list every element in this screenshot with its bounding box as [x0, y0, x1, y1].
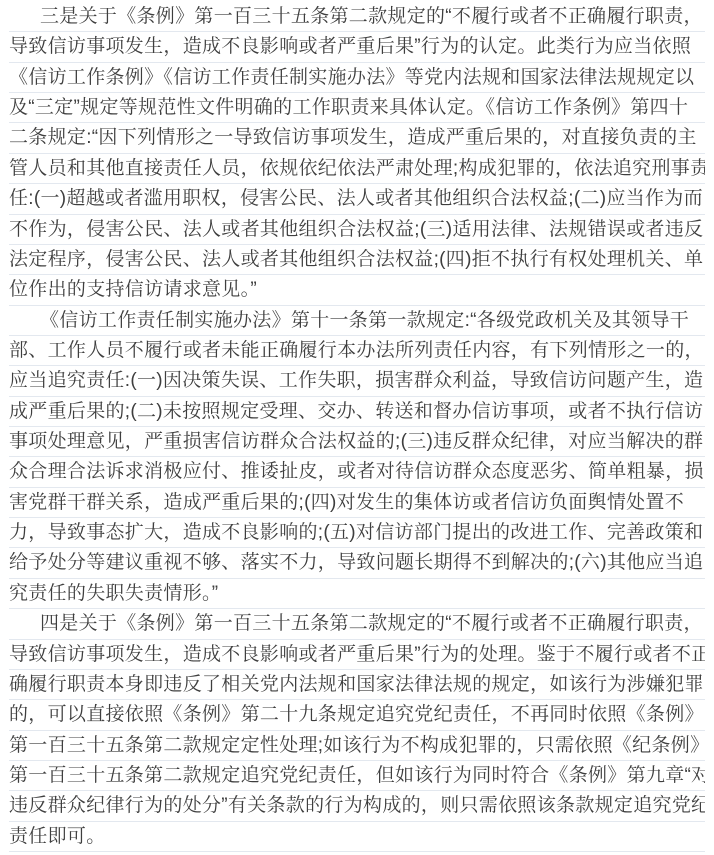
text-line: 及“三定”规定等规范性文件明确的工作职责来具体认定。《信访工作条例》第四十: [9, 93, 705, 123]
paragraph: 三是关于《条例》第一百三十五条第二款规定的“不履行或者不正确履行职责，导致信访事…: [9, 2, 705, 306]
text-line: 导致信访事项发生，造成不良影响或者严重后果”行为的认定。此类行为应当依照: [9, 32, 705, 62]
text-line: 部、工作人员不履行或者未能正确履行本办法所列责任内容，有下列情形之一的，: [9, 336, 705, 366]
text-line: 三是关于《条例》第一百三十五条第二款规定的“不履行或者不正确履行职责，: [9, 2, 705, 32]
document-body: 三是关于《条例》第一百三十五条第二款规定的“不履行或者不正确履行职责，导致信访事…: [9, 2, 705, 852]
document-page: 三是关于《条例》第一百三十五条第二款规定的“不履行或者不正确履行职责，导致信访事…: [0, 0, 714, 855]
paragraph: 四是关于《条例》第一百三十五条第二款规定的“不履行或者不正确履行职责，导致信访事…: [9, 609, 705, 852]
text-line: 不作为，侵害公民、法人或者其他组织合法权益;(三)适用法律、法规错误或者违反: [9, 215, 705, 245]
text-line: 第一百三十五条第二款规定定性处理;如该行为不构成犯罪的，只需依照《纪条例》: [9, 731, 705, 761]
text-line: 第一百三十五条第二款规定追究党纪责任，但如该行为同时符合《条例》第九章“对: [9, 761, 705, 791]
text-line: 害党群干群关系，造成严重后果的;(四)对发生的集体访或者信访负面舆情处置不: [9, 488, 705, 518]
text-line: 位作出的支持信访请求意见。”: [9, 275, 705, 305]
text-line: 四是关于《条例》第一百三十五条第二款规定的“不履行或者不正确履行职责，: [9, 609, 705, 639]
text-line: 《信访工作责任制实施办法》第十一条第一款规定:“各级党政机关及其领导干: [9, 306, 705, 336]
text-line: 任:(一)超越或者滥用职权，侵害公民、法人或者其他组织合法权益;(二)应当作为而: [9, 184, 705, 214]
text-line: 违反群众纪律行为的处分”有关条款的行为构成的，则只需依照该条款规定追究党纪: [9, 791, 705, 821]
text-line: 确履行职责本身即违反了相关党内法规和国家法律法规的规定，如该行为涉嫌犯罪: [9, 670, 705, 700]
text-line: 事项处理意见，严重损害信访群众合法权益的;(三)违反群众纪律，对应当解决的群: [9, 427, 705, 457]
text-line: 二条规定:“因下列情形之一导致信访事项发生，造成严重后果的，对直接负责的主: [9, 123, 705, 153]
text-line: 责任即可。: [9, 822, 705, 852]
text-line: 众合理合法诉求消极应付、推诿扯皮，或者对待信访群众态度恶劣、简单粗暴，损: [9, 457, 705, 487]
text-line: 《信访工作条例》《信访工作责任制实施办法》等党内法规和国家法律法规规定以: [9, 63, 705, 93]
paragraph: 《信访工作责任制实施办法》第十一条第一款规定:“各级党政机关及其领导干部、工作人…: [9, 306, 705, 610]
text-line: 成严重后果的;(二)未按照规定受理、交办、转送和督办信访事项，或者不执行信访: [9, 397, 705, 427]
text-line: 应当追究责任:(一)因决策失误、工作失职，损害群众利益，导致信访问题产生，造: [9, 366, 705, 396]
text-line: 究责任的失职失责情形。”: [9, 579, 705, 609]
text-line: 给予处分等建议重视不够、落实不力，导致问题长期得不到解决的;(六)其他应当追: [9, 548, 705, 578]
text-line: 法定程序，侵害公民、法人或者其他组织合法权益;(四)拒不执行有权处理机关、单: [9, 245, 705, 275]
text-line: 管人员和其他直接责任人员，依规依纪依法严肃处理;构成犯罪的，依法追究刑事责: [9, 154, 705, 184]
text-line: 的，可以直接依照《条例》第二十九条规定追究党纪责任，不再同时依照《条例》: [9, 700, 705, 730]
text-line: 力，导致事态扩大，造成不良影响的;(五)对信访部门提出的改进工作、完善政策和: [9, 518, 705, 548]
text-line: 导致信访事项发生，造成不良影响或者严重后果”行为的处理。鉴于不履行或者不正: [9, 640, 705, 670]
